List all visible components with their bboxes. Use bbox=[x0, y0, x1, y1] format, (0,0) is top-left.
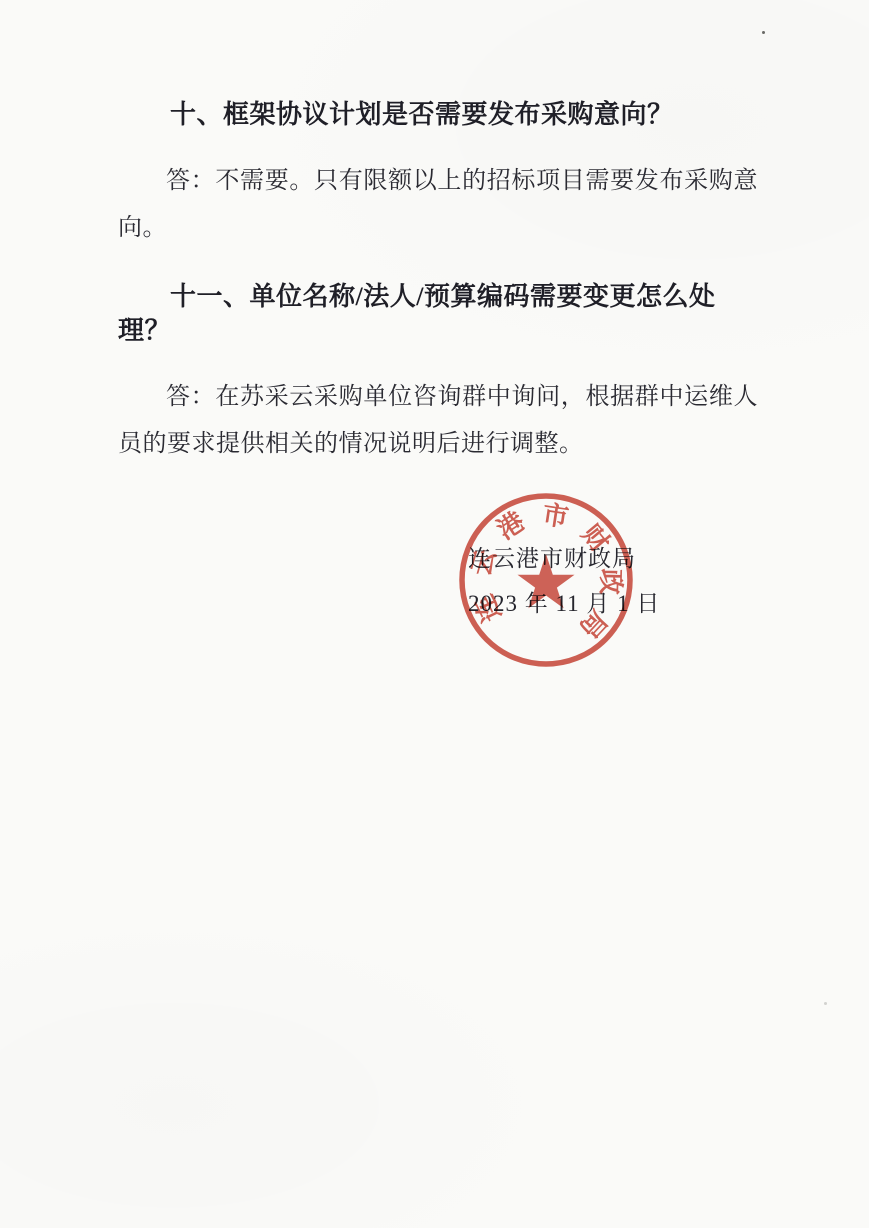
signature-date: 2023 年 11 月 1 日 bbox=[468, 590, 660, 618]
seal-ring-char: 港 bbox=[492, 507, 530, 545]
question-10-heading: 十、框架协议计划是否需要发布采购意向？ bbox=[118, 98, 758, 132]
seal-ring-char: 市 bbox=[541, 500, 571, 533]
document-body: 十、框架协议计划是否需要发布采购意向？ 答：不需要。只有限额以上的招标项目需要发… bbox=[118, 98, 758, 496]
scan-speck bbox=[824, 1002, 827, 1005]
scanned-document-page: 十、框架协议计划是否需要发布采购意向？ 答：不需要。只有限额以上的招标项目需要发… bbox=[0, 0, 869, 1228]
scan-speck bbox=[762, 31, 765, 34]
signature-block: 连云港市财政局 2023 年 11 月 1 日 bbox=[468, 545, 660, 618]
question-11-heading: 十一、单位名称/法人/预算编码需要变更怎么处理？ bbox=[118, 280, 758, 348]
question-11-answer: 答：在苏采云采购单位咨询群中询问，根据群中运维人员的要求提供相关的情况说明后进行… bbox=[118, 374, 758, 468]
question-10-answer: 答：不需要。只有限额以上的招标项目需要发布采购意向。 bbox=[118, 158, 758, 252]
signature-organization: 连云港市财政局 bbox=[468, 545, 660, 573]
